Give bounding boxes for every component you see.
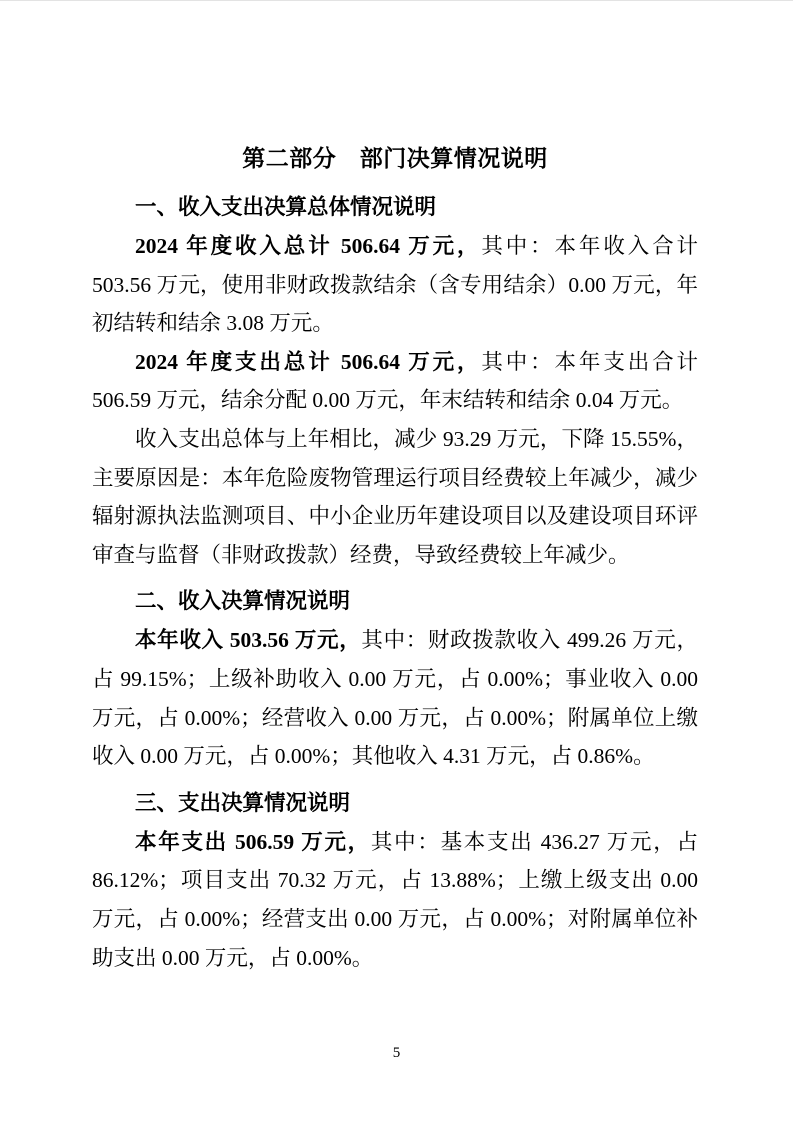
paragraph-income-detail: 本年收入 503.56 万元，其中：财政拨款收入 499.26 万元，占 99.… (92, 621, 698, 775)
paragraph-yoy-comparison: 收入支出总体与上年相比，减少 93.29 万元，下降 15.55%，主要原因是：… (92, 420, 698, 574)
paragraph-income-total-lead: 2024 年度收入总计 506.64 万元， (135, 234, 481, 258)
paragraph-expense-detail: 本年支出 506.59 万元，其中：基本支出 436.27 万元，占 86.12… (92, 823, 698, 977)
paragraph-expense-total-lead: 2024 年度支出总计 506.64 万元， (135, 350, 481, 374)
page-number: 5 (0, 1045, 793, 1062)
paragraph-income-detail-lead: 本年收入 503.56 万元， (135, 628, 361, 652)
section-heading-expense: 三、支出决算情况说明 (92, 784, 698, 823)
paragraph-income-total: 2024 年度收入总计 506.64 万元，其中：本年收入合计 503.56 万… (92, 227, 698, 343)
section-heading-overall: 一、收入支出决算总体情况说明 (92, 188, 698, 227)
document-page: 第二部分 部门决算情况说明 一、收入支出决算总体情况说明 2024 年度收入总计… (0, 0, 793, 1122)
paragraph-yoy-comparison-text: 收入支出总体与上年相比，减少 93.29 万元，下降 15.55%，主要原因是：… (92, 427, 698, 567)
document-content: 第二部分 部门决算情况说明 一、收入支出决算总体情况说明 2024 年度收入总计… (92, 138, 698, 977)
paragraph-expense-detail-lead: 本年支出 506.59 万元， (135, 830, 371, 854)
paragraph-expense-total: 2024 年度支出总计 506.64 万元，其中：本年支出合计 506.59 万… (92, 343, 698, 420)
section-heading-income: 二、收入决算情况说明 (92, 582, 698, 621)
page-title: 第二部分 部门决算情况说明 (92, 138, 698, 178)
